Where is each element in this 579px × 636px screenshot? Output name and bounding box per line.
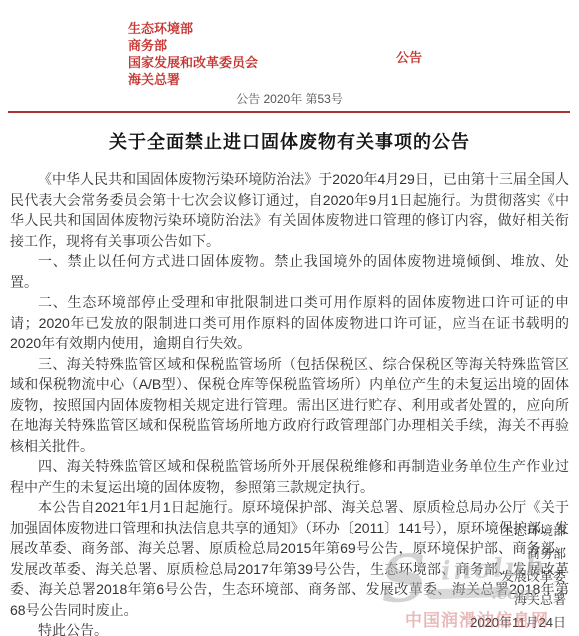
body-paragraph-intro: 《中华人民共和国固体废物污染环境防治法》于2020年4月29日，已由第十三届全国… xyxy=(10,169,569,251)
body-paragraph-item4: 四、海关特殊监管区域和保税监管场所外开展保税维修和再制造业务单位生产作业过程中产… xyxy=(10,456,569,497)
body-paragraph-item3: 三、海关特殊监管区域和保税监管场所（包括保税区、综合保税区等海关特殊监管区域和保… xyxy=(10,354,569,457)
issuer-line: 商务部 xyxy=(128,37,258,54)
announcement-label: 公告 xyxy=(396,47,422,66)
body-paragraph-item1: 一、禁止以任何方式进口固体废物。禁止我国境外的固体废物进境倾倒、堆放、处置。 xyxy=(10,251,569,292)
document-title: 关于全面禁止进口固体废物有关事项的公告 xyxy=(0,128,579,154)
document-number: 公告 2020年 第53号 xyxy=(0,90,579,107)
signature-block: 生态环境部 商务部 发展改革委 海关总署 2020年11月24日 xyxy=(470,519,566,634)
signer-line: 生态环境部 xyxy=(470,519,566,542)
issuer-line: 生态环境部 xyxy=(128,20,258,37)
signer-line: 发展改革委 xyxy=(470,565,566,588)
issuer-line: 国家发展和改革委员会 xyxy=(128,54,258,71)
body-paragraph-item2: 二、生态环境部停止受理和审批限制进口类可用作原料的固体废物进口许可证的申请；20… xyxy=(10,292,569,354)
header-divider-rule xyxy=(8,111,570,113)
signer-line: 商务部 xyxy=(470,542,566,565)
announcement-document: 生态环境部 商务部 国家发展和改革委员会 海关总署 公告 公告 2020年 第5… xyxy=(0,0,579,636)
issuer-list: 生态环境部 商务部 国家发展和改革委员会 海关总署 xyxy=(128,20,258,88)
issuer-line: 海关总署 xyxy=(128,71,258,88)
signature-date: 2020年11月24日 xyxy=(470,611,566,634)
signer-line: 海关总署 xyxy=(470,588,566,611)
